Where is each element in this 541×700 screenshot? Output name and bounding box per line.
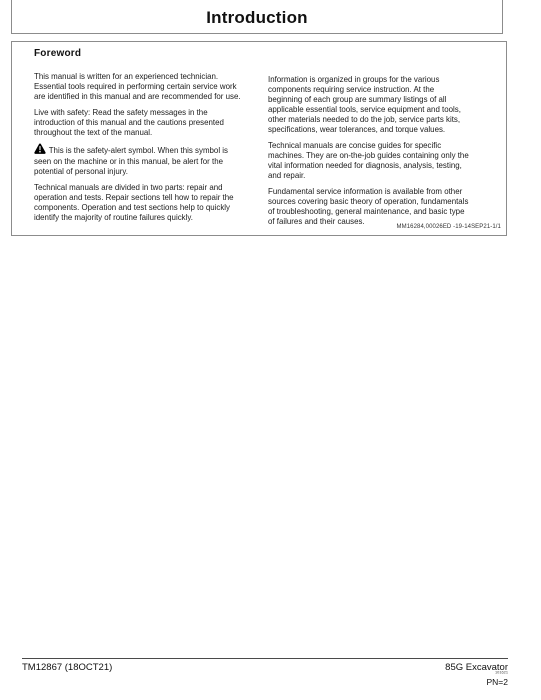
paragraph-information-groups: Information is organized in groups for t… bbox=[268, 74, 507, 134]
paragraph-technician: This manual is written for an experience… bbox=[34, 71, 273, 101]
foreword-heading: Foreword bbox=[34, 48, 81, 59]
paragraph-safety-alert: This is the safety-alert symbol. When th… bbox=[34, 143, 273, 176]
safety-alert-text: This is the safety-alert symbol. When th… bbox=[34, 145, 228, 176]
introduction-header-box: Introduction bbox=[11, 0, 503, 34]
footer-print-code: 101621 bbox=[495, 671, 508, 675]
foreword-section-box: Foreword This manual is written for an e… bbox=[11, 41, 507, 236]
foreword-right-column: Information is organized in groups for t… bbox=[268, 74, 507, 232]
footer-page-number: PN=2 bbox=[487, 677, 509, 687]
foreword-left-column: This manual is written for an experience… bbox=[34, 71, 273, 228]
footer-manual-number: TM12867 (18OCT21) bbox=[22, 662, 112, 673]
revision-code: MM16284,00026ED -19-14SEP21-1/1 bbox=[397, 224, 502, 230]
paragraph-live-with-safety: Live with safety: Read the safety messag… bbox=[34, 107, 273, 137]
manual-page: Introduction Foreword This manual is wri… bbox=[0, 0, 541, 700]
page-title: Introduction bbox=[206, 8, 308, 33]
paragraph-fundamental-service: Fundamental service information is avail… bbox=[268, 186, 507, 226]
safety-alert-icon bbox=[34, 143, 46, 156]
paragraph-concise-guides: Technical manuals are concise guides for… bbox=[268, 140, 507, 180]
paragraph-two-parts: Technical manuals are divided in two par… bbox=[34, 182, 273, 222]
footer-divider bbox=[22, 658, 508, 659]
